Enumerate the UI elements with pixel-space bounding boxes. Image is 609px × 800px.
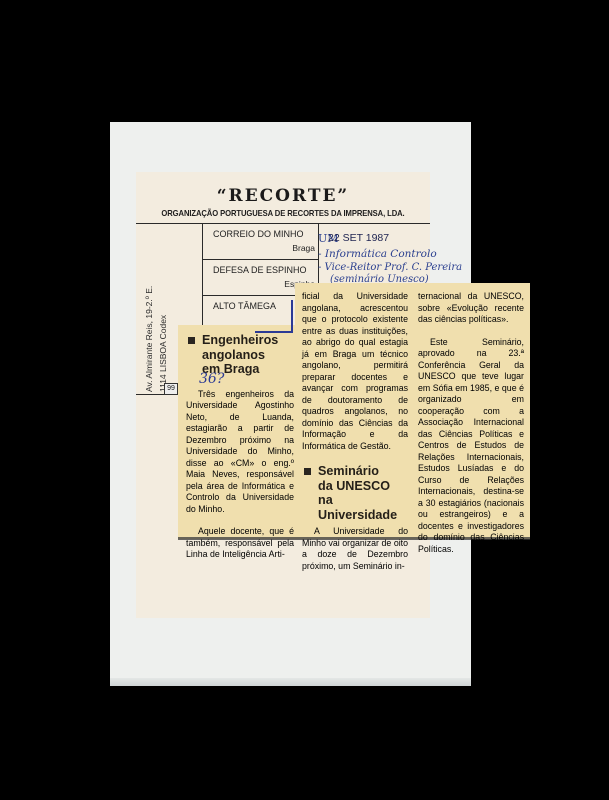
- spacer: [418, 326, 524, 337]
- spacer: [302, 452, 408, 464]
- address-line-1: Av. Almirante Reis, 19-2.º E.: [142, 286, 156, 392]
- slip-subtitle: ORGANIZAÇÃO PORTUGUESA DE RECORTES DA IM…: [148, 208, 418, 218]
- article-2-paragraph: Este Seminário, aprovado na 23.ª Conferê…: [418, 337, 524, 556]
- article-1-headline: Engenheiros angolanos em Braga: [186, 333, 294, 377]
- article-1-column-2: ficial da Universidade angolana, acresce…: [302, 291, 408, 572]
- article-1-column-1: Engenheiros angolanos em Braga Três enge…: [186, 333, 294, 561]
- headline-line: da UNESCO: [318, 479, 408, 494]
- handwritten-number: 36?: [199, 371, 224, 387]
- publication-name: ALTO TÂMEGA: [213, 301, 276, 311]
- article-2-column-3: ternacional da UNESCO, sobre «Evolução r…: [418, 291, 524, 555]
- square-bullet-icon: [304, 468, 311, 475]
- spacer: [186, 515, 294, 526]
- publication-name: DEFESA DE ESPINHO: [213, 265, 307, 275]
- article-2-paragraph: ternacional da UNESCO, sobre «Evolução r…: [418, 291, 524, 326]
- slip-address: Av. Almirante Reis, 19-2.º E. 1114 LISBO…: [142, 286, 170, 392]
- headline-line: angolanos: [202, 348, 294, 363]
- backing-paper-edge: [110, 678, 471, 686]
- headline-line: Seminário: [318, 464, 408, 479]
- publication-name: CORREIO DO MINHO: [213, 229, 304, 239]
- handwritten-note-2: - Vice-Reitor Prof. C. Pereira: [318, 262, 462, 273]
- article-2-headline: Seminário da UNESCO na Universidade: [302, 464, 408, 522]
- page-number: 99: [164, 383, 178, 395]
- handwritten-note-1: - Informática Controlo: [318, 248, 437, 260]
- publication-row: CORREIO DO MINHO Braga: [203, 224, 319, 260]
- article-1-paragraph: Aquele docente, que é também, responsáve…: [186, 526, 294, 561]
- article-1-paragraph: ficial da Universidade angolana, acresce…: [302, 291, 408, 452]
- headline-line: na Universidade: [318, 493, 408, 522]
- article-1-paragraph: Três engenheiros da Universidade Agostin…: [186, 389, 294, 516]
- date-stamp: 22 SET 1987: [328, 232, 389, 244]
- slip-title: “RECORTE”: [136, 186, 430, 206]
- address-line-2: 1114 LISBOA Codex: [156, 286, 170, 392]
- pen-mark: [291, 300, 293, 332]
- article-2-paragraph: A Universidade do Minho vai organizar de…: [302, 526, 408, 572]
- square-bullet-icon: [188, 337, 195, 344]
- headline-line: Engenheiros: [202, 333, 294, 348]
- publication-city: Braga: [292, 243, 315, 253]
